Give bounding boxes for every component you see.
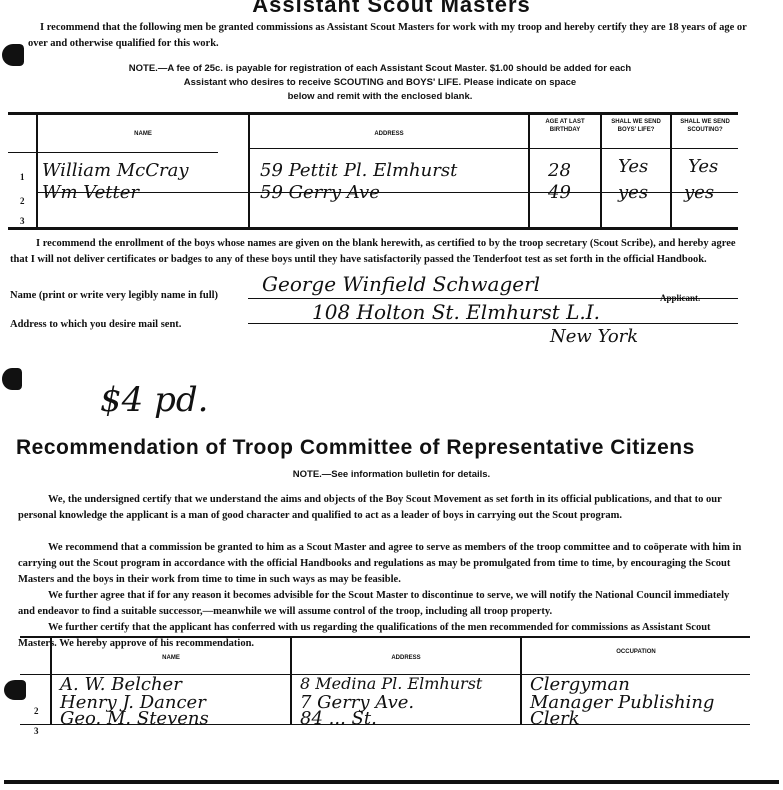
committee-member-name: Geo. M. Stevens: [60, 708, 209, 729]
col-header-name: NAME: [38, 130, 248, 138]
assistant-age: 49: [548, 182, 571, 203]
punch-hole-mark: [4, 680, 26, 700]
col-header-boys-life: SHALL WE SEND BOYS' LIFE?: [602, 118, 670, 134]
committee-paragraph-3: We further agree that if for any reason …: [18, 588, 746, 620]
applicant-address-line1: 108 Holton St. Elmhurst L.I.: [312, 300, 600, 324]
payment-note: $4 pd.: [100, 380, 208, 420]
assistant-age: 28: [548, 160, 571, 181]
row-number: 2: [34, 706, 39, 716]
punch-hole-mark: [2, 368, 22, 390]
committee-member-occupation: Clerk: [530, 708, 580, 729]
committee-member-address: 8 Medina Pl. Elmhurst: [300, 674, 482, 693]
col-header-age: AGE AT LAST BIRTHDAY: [530, 118, 600, 134]
col-header-name: NAME: [52, 654, 290, 662]
assistant-boys-life: yes: [618, 182, 648, 203]
row-number: 3: [34, 726, 39, 736]
fee-note-line2: Assistant who desires to receive SCOUTIN…: [20, 76, 740, 90]
col-header-address: ADDRESS: [250, 130, 528, 138]
committee-paragraph-1: We, the undersigned certify that we unde…: [18, 492, 746, 524]
row-number: 3: [20, 216, 25, 226]
section-title-troop-committee: Recommendation of Troop Committee of Rep…: [16, 436, 695, 460]
assistant-address: 59 Pettit Pl. Elmhurst: [260, 160, 457, 181]
assistant-scouting: yes: [684, 182, 714, 203]
row-number: 1: [20, 172, 25, 182]
applicant-name: George Winfield Schwagerl: [262, 272, 540, 296]
committee-member-address: 84 ... St.: [300, 708, 377, 729]
section-title-assistant-scout-masters: Assistant Scout Masters: [0, 0, 783, 18]
assistant-boys-life: Yes: [618, 156, 648, 177]
assistant-scouting: Yes: [688, 156, 718, 177]
bottom-border: [4, 780, 779, 784]
fee-note-line3: below and remit with the enclosed blank.: [20, 90, 740, 104]
col-header-scouting: SHALL WE SEND SCOUTING?: [672, 118, 738, 134]
applicant-address-line2: New York: [550, 326, 638, 347]
col-header-address: ADDRESS: [292, 654, 520, 662]
fee-note: NOTE.—A fee of 25c. is payable for regis…: [20, 62, 740, 104]
committee-paragraph-2: We recommend that a commission be grante…: [18, 540, 746, 588]
name-label: Name (print or write very legibly name i…: [10, 288, 218, 304]
assistant-name: Wm Vetter: [42, 182, 139, 203]
recommendation-intro: I recommend that the following men be gr…: [28, 20, 748, 52]
col-header-occupation: OCCUPATION: [522, 648, 750, 656]
assistant-name: William McCray: [42, 160, 189, 181]
assistant-table: NAME ADDRESS AGE AT LAST BIRTHDAY SHALL …: [8, 112, 738, 230]
applicant-label: Applicant.: [660, 290, 700, 306]
fee-note-line1: NOTE.—A fee of 25c. is payable for regis…: [20, 62, 740, 76]
address-label: Address to which you desire mail sent.: [10, 317, 181, 333]
row-number: 2: [20, 196, 25, 206]
bulletin-note: NOTE.—See information bulletin for detai…: [0, 468, 783, 482]
assistant-address: 59 Gerry Ave: [260, 182, 380, 203]
enrollment-paragraph: I recommend the enrollment of the boys w…: [10, 236, 740, 268]
committee-table: NAME ADDRESS OCCUPATION A. W. Belcher 8 …: [20, 636, 750, 726]
